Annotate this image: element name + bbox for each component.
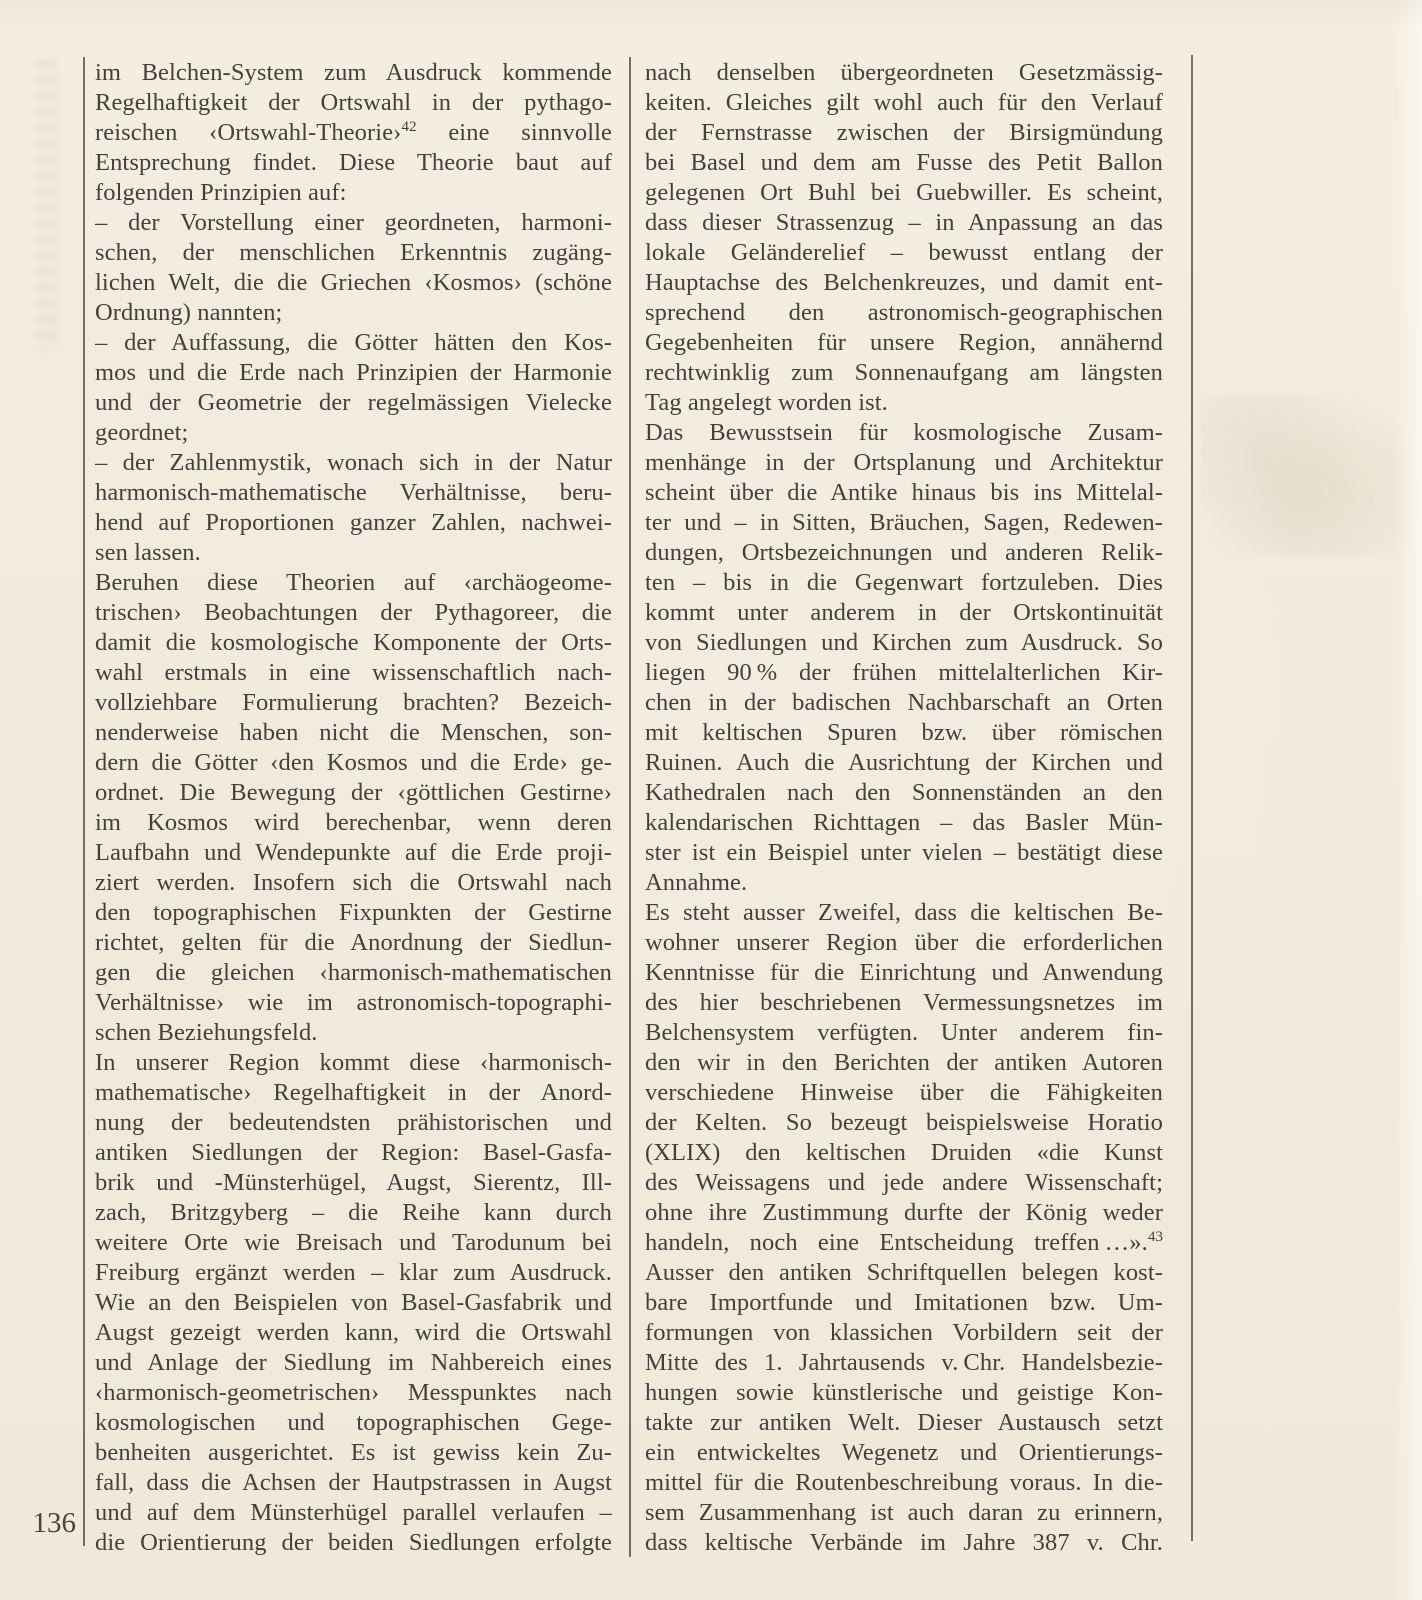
text-line: brik und -Münsterhügel, Augst, Sierentz,…	[95, 1168, 612, 1198]
text-line: mathematische› Regelhaftigkeit in der An…	[95, 1078, 612, 1108]
text-line: fall, dass die Achsen der Hautpstrassen …	[95, 1468, 612, 1498]
text-line: dern die Götter ‹den Kosmos und die Erde…	[95, 748, 612, 778]
text-line: hungen sowie künstlerische und geistige …	[645, 1378, 1163, 1408]
text-line: den wir in den Berichten der antiken Aut…	[645, 1048, 1163, 1078]
text-line: Regelhaftigkeit der Ortswahl in der pyth…	[95, 88, 612, 118]
text-line: reischen ‹Ortswahl-Theorie›42 eine sinnv…	[95, 118, 612, 148]
text-line: rechtwinklig zum Sonnenaufgang am längst…	[645, 358, 1163, 388]
text-line: dass dieser Strassenzug – in Anpassung a…	[645, 208, 1163, 238]
text-line: gelegenen Ort Buhl bei Guebwiller. Es sc…	[645, 178, 1163, 208]
scan-edge-highlight	[1392, 0, 1422, 1600]
text-line: hend auf Proportionen ganzer Zahlen, nac…	[95, 508, 612, 538]
text-line: Gegebenheiten für unsere Region, annäher…	[645, 328, 1163, 358]
text-line: ohne ihre Zustimmung durfte der König we…	[645, 1198, 1163, 1228]
left-margin-rule	[83, 57, 85, 1546]
text-line: von Siedlungen und Kirchen zum Ausdruck.…	[645, 628, 1163, 658]
text-line: ten – bis in die Gegenwart fortzuleben. …	[645, 568, 1163, 598]
text-line: schen, der menschlichen Erkenntnis zugän…	[95, 238, 612, 268]
text-line: Tag angelegt worden ist.	[645, 388, 1163, 418]
text-line: damit die kosmologische Komponente der O…	[95, 628, 612, 658]
text-line: schen Beziehungsfeld.	[95, 1018, 612, 1048]
text-line: kosmologischen und topographischen Gege-	[95, 1408, 612, 1438]
text-line: des Weissagens und jede andere Wissensch…	[645, 1168, 1163, 1198]
text-line: – der Vorstellung einer geordneten, harm…	[95, 208, 612, 238]
text-line: scheint über die Antike hinaus bis ins M…	[645, 478, 1163, 508]
text-line: richtet, gelten für die Anordnung der Si…	[95, 928, 612, 958]
text-line: – der Auffassung, die Götter hätten den …	[95, 328, 612, 358]
ink-bleedthrough-smudge	[36, 60, 58, 350]
text-line: Kenntnisse für die Einrichtung und Anwen…	[645, 958, 1163, 988]
text-line: Beruhen diese Theorien auf ‹archäogeome-	[95, 568, 612, 598]
text-line: ter und – in Sitten, Bräuchen, Sagen, Re…	[645, 508, 1163, 538]
text-line: Freiburg ergänzt werden – klar zum Ausdr…	[95, 1258, 612, 1288]
text-line: takte zur antiken Welt. Dieser Austausch…	[645, 1408, 1163, 1438]
text-line: menhänge in der Ortsplanung und Architek…	[645, 448, 1163, 478]
text-line: ‹harmonisch-geometrischen› Messpunktes n…	[95, 1378, 612, 1408]
text-line: bare Importfunde und Imitationen bzw. Um…	[645, 1288, 1163, 1318]
text-line: dass keltische Verbände im Jahre 387 v. …	[645, 1528, 1163, 1558]
text-line: ster ist ein Beispiel unter vielen – bes…	[645, 838, 1163, 868]
text-line: der Kelten. So bezeugt beispielsweise Ho…	[645, 1108, 1163, 1138]
text-line: ein entwickeltes Wegenetz und Orientieru…	[645, 1438, 1163, 1468]
text-line: chen in der badischen Nachbarschaft an O…	[645, 688, 1163, 718]
text-line: Laufbahn und Wendepunkte auf die Erde pr…	[95, 838, 612, 868]
footnote-reference: 42	[401, 118, 416, 135]
text-line: benheiten ausgerichtet. Es ist gewiss ke…	[95, 1438, 612, 1468]
text-line: kommt unter anderem in der Ortskontinuit…	[645, 598, 1163, 628]
text-line: (XLIX) den keltischen Druiden «die Kunst	[645, 1138, 1163, 1168]
text-line: keiten. Gleiches gilt wohl auch für den …	[645, 88, 1163, 118]
text-line: sem Zusammenhang ist auch daran zu erinn…	[645, 1498, 1163, 1528]
paper-stain	[1200, 395, 1410, 555]
text-line: trischen› Beobachtungen der Pythagoreer,…	[95, 598, 612, 628]
text-line: zach, Britzgyberg – die Reihe kann durch	[95, 1198, 612, 1228]
text-line: im Belchen-System zum Ausdruck kommende	[95, 58, 612, 88]
text-line: liegen 90 % der frühen mittelalterlichen…	[645, 658, 1163, 688]
text-line: geordnet;	[95, 418, 612, 448]
text-line: Mitte des 1. Jahrtausends v. Chr. Handel…	[645, 1348, 1163, 1378]
text-line: sen lassen.	[95, 538, 612, 568]
text-line: nung der bedeutendsten prähistorischen u…	[95, 1108, 612, 1138]
text-line: verschiedene Hinweise über die Fähigkeit…	[645, 1078, 1163, 1108]
text-line: mittel für die Routenbeschreibung voraus…	[645, 1468, 1163, 1498]
text-line: Wie an den Beispielen von Basel-Gasfabri…	[95, 1288, 612, 1318]
text-line: Kathedralen nach den Sonnenständen an de…	[645, 778, 1163, 808]
text-line: des hier beschriebenen Vermessungsnetzes…	[645, 988, 1163, 1018]
text-line: harmonisch-mathematische Verhältnisse, b…	[95, 478, 612, 508]
text-line: – der Zahlenmystik, wonach sich in der N…	[95, 448, 612, 478]
text-line: Ruinen. Auch die Ausrichtung der Kirchen…	[645, 748, 1163, 778]
text-line: Das Bewusstsein für kosmologische Zusam-	[645, 418, 1163, 448]
text-line: ordnet. Die Bewegung der ‹göttlichen Ges…	[95, 778, 612, 808]
right-margin-rule	[1191, 55, 1193, 1541]
text-line: den topographischen Fixpunkten der Gesti…	[95, 898, 612, 928]
text-line: In unserer Region kommt diese ‹harmonisc…	[95, 1048, 612, 1078]
column-divider-rule	[629, 57, 631, 1557]
text-line: gen die gleichen ‹harmonisch-mathematisc…	[95, 958, 612, 988]
text-line: Belchensystem verfügten. Unter anderem f…	[645, 1018, 1163, 1048]
text-line: vollziehbare Formulierung brachten? Beze…	[95, 688, 612, 718]
text-line: dungen, Ortsbezeichnungen und anderen Re…	[645, 538, 1163, 568]
text-line: Augst gezeigt werden kann, wird die Orts…	[95, 1318, 612, 1348]
text-line: Es steht ausser Zweifel, dass die keltis…	[645, 898, 1163, 928]
text-line: lokale Geländerelief – bewusst entlang d…	[645, 238, 1163, 268]
book-page: im Belchen-System zum Ausdruck kommendeR…	[0, 0, 1422, 1600]
text-line: mit keltischen Spuren bzw. über römische…	[645, 718, 1163, 748]
text-line: die Orientierung der beiden Siedlungen e…	[95, 1528, 612, 1558]
text-line: kalendarischen Richttagen – das Basler M…	[645, 808, 1163, 838]
text-line: sprechend den astronomisch-geographische…	[645, 298, 1163, 328]
text-line: im Kosmos wird berechenbar, wenn deren	[95, 808, 612, 838]
text-line: nach denselben übergeordneten Gesetzmäss…	[645, 58, 1163, 88]
text-line: formungen von klassichen Vorbildern seit…	[645, 1318, 1163, 1348]
text-line: und Anlage der Siedlung im Nahbereich ei…	[95, 1348, 612, 1378]
text-line: Ordnung) nannten;	[95, 298, 612, 328]
text-line: bei Basel und dem am Fusse des Petit Bal…	[645, 148, 1163, 178]
text-line: antiken Siedlungen der Region: Basel-Gas…	[95, 1138, 612, 1168]
text-line: folgenden Prinzipien auf:	[95, 178, 612, 208]
page-number: 136	[18, 1508, 76, 1538]
text-line: lichen Welt, die die Griechen ‹Kosmos› (…	[95, 268, 612, 298]
text-line: und auf dem Münsterhügel parallel verlau…	[95, 1498, 612, 1528]
text-line: wahl erstmals in eine wissenschaftlich n…	[95, 658, 612, 688]
scan-edge-shadow	[0, 0, 1422, 28]
text-line: handeln, noch eine Entscheidung treffen …	[645, 1228, 1163, 1258]
text-line: Verhältnisse› wie im astronomisch-topogr…	[95, 988, 612, 1018]
text-line: Ausser den antiken Schriftquellen belege…	[645, 1258, 1163, 1288]
text-line: Entsprechung findet. Diese Theorie baut …	[95, 148, 612, 178]
text-line: mos und die Erde nach Prinzipien der Har…	[95, 358, 612, 388]
text-line: nenderweise haben nicht die Menschen, so…	[95, 718, 612, 748]
text-line: weitere Orte wie Breisach und Tarodunum …	[95, 1228, 612, 1258]
text-line: Hauptachse des Belchenkreuzes, und damit…	[645, 268, 1163, 298]
footnote-reference: 43	[1148, 1228, 1163, 1245]
right-text-column: nach denselben übergeordneten Gesetzmäss…	[645, 58, 1163, 1558]
left-text-column: im Belchen-System zum Ausdruck kommendeR…	[95, 58, 612, 1558]
text-line: Annahme.	[645, 868, 1163, 898]
text-line: der Fernstrasse zwischen der Birsigmündu…	[645, 118, 1163, 148]
text-line: ziert werden. Insofern sich die Ortswahl…	[95, 868, 612, 898]
text-line: und der Geometrie der regelmässigen Viel…	[95, 388, 612, 418]
text-line: wohner unserer Region über die erforderl…	[645, 928, 1163, 958]
